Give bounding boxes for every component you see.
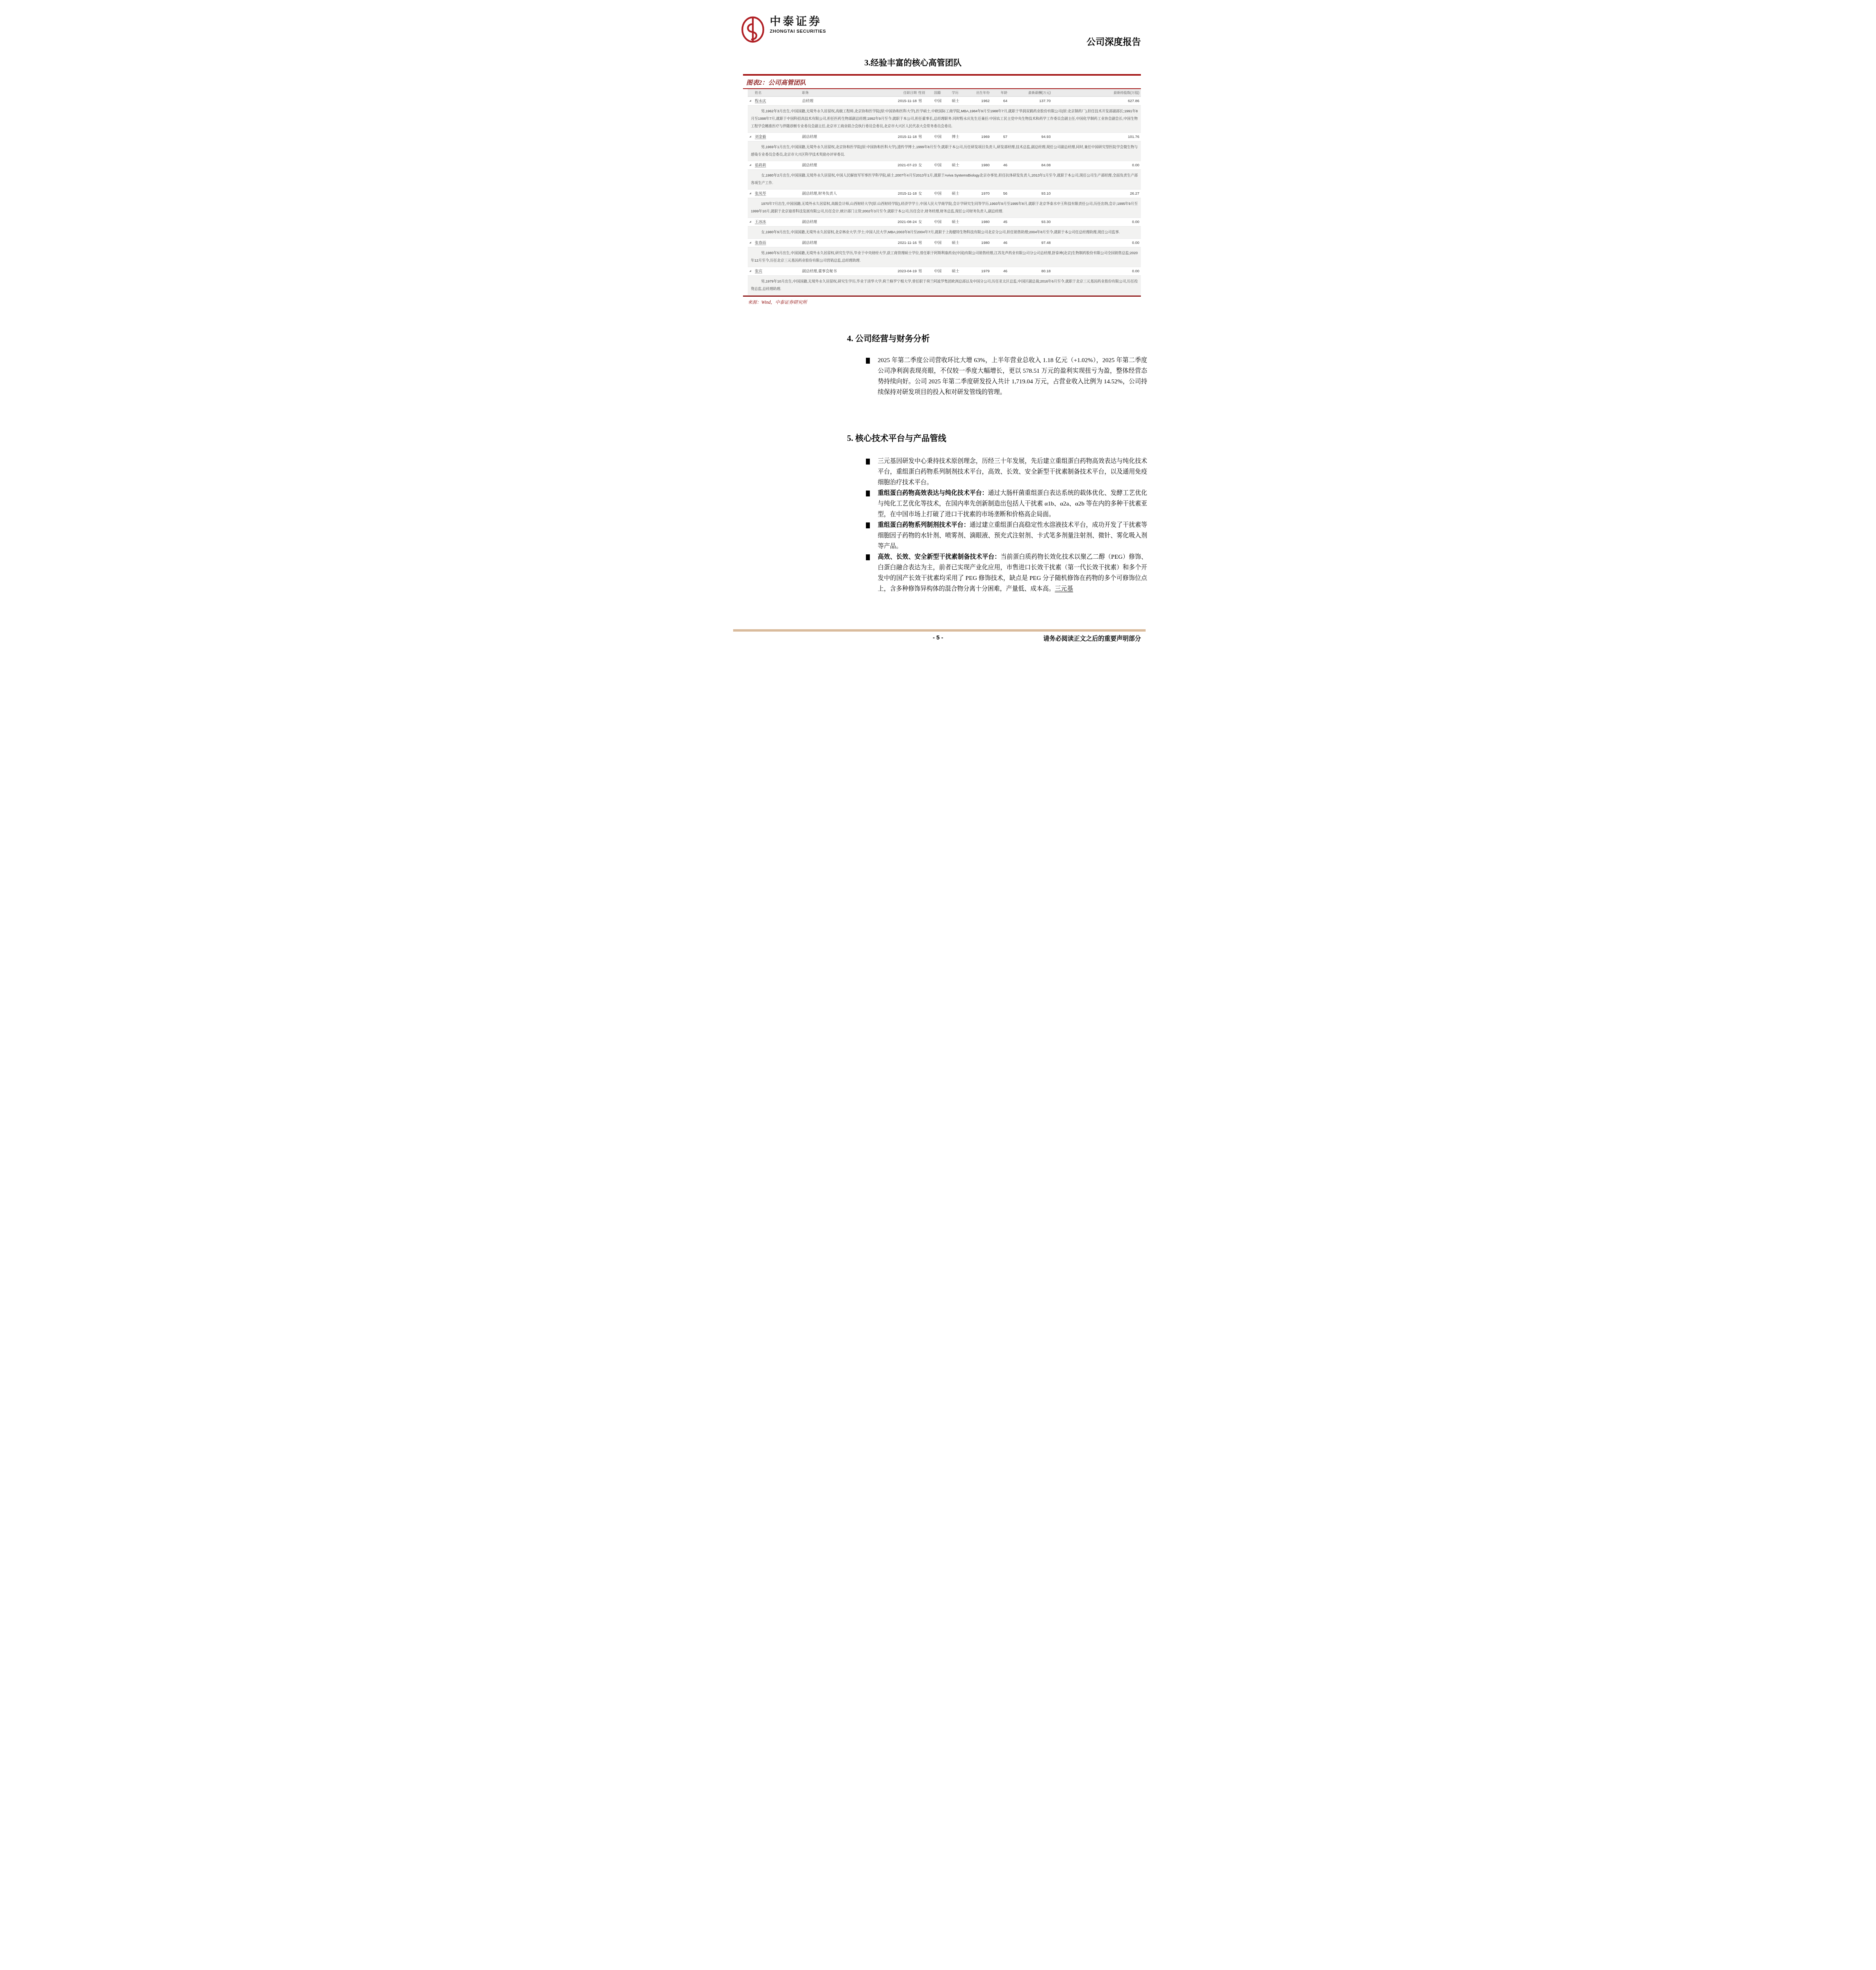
col-degree: 学历: [952, 89, 970, 96]
exec-bio: 男,1979年10月出生,中国国籍,无境外永久居留权,研究生学历,毕业于清华大学…: [748, 275, 1141, 295]
figure-title: 图表2：公司高管团队: [746, 78, 1141, 87]
exec-shares: 0.00: [1052, 161, 1141, 169]
bullet-item: 高效、长效、安全新型干扰素制备技术平台：当前蛋白质药物长效化技术以聚乙二醇（PE…: [865, 552, 1147, 594]
bullet-text: 三元基因研发中心秉持技术原创理念，历经三十年发展，先后建立重组蛋白药物高效表达与…: [878, 458, 1147, 486]
exec-nationality: 中国: [934, 133, 952, 141]
figure-bottom-rule: [743, 295, 1141, 297]
col-nationality: 国籍: [934, 89, 952, 96]
bullet-lead: 高效、长效、安全新型干扰素制备技术平台：: [878, 554, 1001, 560]
exec-age: 56: [991, 190, 1009, 198]
exec-nationality: 中国: [934, 218, 952, 226]
exec-age: 45: [991, 218, 1009, 226]
section3-heading: 3.经验丰富的核心高管团队: [864, 56, 962, 68]
expand-triangle-icon: ◢: [748, 267, 755, 275]
brand-header: 中泰证券 ZHONGTAI SECURITIES: [741, 16, 826, 45]
exec-gender: 男: [918, 133, 934, 141]
exec-nationality: 中国: [934, 161, 952, 169]
col-birth-year: 出生年份: [970, 89, 991, 96]
exec-title: 副总经理: [802, 239, 883, 247]
square-bullet-icon: [866, 522, 870, 528]
bullet-item: 重组蛋白药物系列制剂技术平台：通过建立重组蛋白高稳定性水溶液技术平台，成功开发了…: [865, 520, 1147, 552]
exec-date: 2015-11-18: [883, 133, 918, 141]
exec-title: 副总经理: [802, 133, 883, 141]
exec-birth-year: 1970: [970, 190, 991, 198]
exec-birth-year: 1980: [970, 218, 991, 226]
bullet-text: 2025 年第二季度公司营收环比大增 63%，上半年营业总收入 1.18 亿元（…: [878, 357, 1147, 396]
exec-gender: 女: [918, 218, 934, 226]
bullet-lead: 重组蛋白药物高效表达与纯化技术平台：: [878, 490, 988, 496]
exec-age: 57: [991, 133, 1009, 141]
bullet-item: 三元基因研发中心秉持技术原创理念，历经三十年发展，先后建立重组蛋白药物高效表达与…: [865, 456, 1147, 488]
exec-degree: 硕士: [952, 161, 970, 169]
exec-age: 46: [991, 239, 1009, 247]
exec-salary: 93.10: [1009, 190, 1052, 198]
exec-salary: 80.18: [1009, 267, 1052, 275]
exec-date: 2021-11-16: [883, 239, 918, 247]
expand-triangle-icon: ◢: [748, 161, 755, 169]
square-bullet-icon: [866, 459, 870, 465]
expand-triangle-icon: ◢: [748, 190, 755, 198]
footer-disclaimer: 请务必阅读正文之后的重要声明部分: [1043, 634, 1141, 643]
exec-age: 46: [991, 161, 1009, 169]
report-type-label: 公司深度报告: [1087, 35, 1141, 48]
table-row: ◢ 王冰冰 副总经理 2021-08-24 女 中国 硕士 1980 45 93…: [748, 217, 1141, 226]
exec-date: 2021-07-23: [883, 161, 918, 169]
exec-title: 副总经理,财务负责人: [802, 190, 883, 198]
expand-triangle-icon: ◢: [748, 239, 755, 247]
expand-triangle-icon: ◢: [748, 97, 755, 105]
bullet-underlined-tail: 三元基: [1055, 585, 1074, 592]
expand-triangle-icon: ◢: [748, 133, 755, 141]
exec-degree: 硕士: [952, 218, 970, 226]
col-gender: 性别: [918, 89, 934, 96]
exec-birth-year: 1980: [970, 239, 991, 247]
exec-degree: 硕士: [952, 239, 970, 247]
bullet-item: 重组蛋白药物高效表达与纯化技术平台：通过大肠杆菌重组蛋白表达系统的载体优化、发酵…: [865, 488, 1147, 520]
exec-name: 张春雨: [755, 239, 802, 247]
exec-nationality: 中国: [934, 239, 952, 247]
expand-triangle-icon: ◢: [748, 218, 755, 226]
exec-bio: 男,1962年3月出生,中国国籍,无境外永久居留权,高级工程师,北京协和医学院(…: [748, 105, 1141, 132]
col-shares: 最新持股数(万股): [1052, 89, 1141, 96]
exec-degree: 博士: [952, 133, 970, 141]
figure-source: 来源：Wind，中泰证券研究所: [748, 299, 1141, 305]
brand-text: 中泰证券 ZHONGTAI SECURITIES: [770, 16, 826, 34]
exec-shares: 0.00: [1052, 267, 1141, 275]
exec-date: 2015-11-18: [883, 97, 918, 105]
exec-bio: 男,1969年1月出生,中国国籍,无境外永久居留权,北京协和医学院(原:中国协和…: [748, 141, 1141, 161]
exec-salary: 93.30: [1009, 218, 1052, 226]
col-title: 职务: [802, 89, 883, 96]
exec-name: 张凤琴: [755, 190, 802, 198]
exec-bio: 男,1980年5月出生,中国国籍,无境外永久居留权,研究生学历,毕业于中央财经大…: [748, 247, 1141, 267]
table-row: ◢ 程永庆 总经理 2015-11-18 男 中国 硕士 1962 64 137…: [748, 97, 1141, 105]
exec-birth-year: 1962: [970, 97, 991, 105]
exec-shares: 627.86: [1052, 97, 1141, 105]
exec-birth-year: 1979: [970, 267, 991, 275]
bullet-lead: 重组蛋白药物系列制剂技术平台：: [878, 522, 970, 528]
exec-bio: 1970年7月出生,中国国籍,无境外永久居留权,高级会计师,山西财经大学(原:山…: [748, 198, 1141, 217]
section5-heading: 5. 核心技术平台与产品管线: [847, 432, 946, 444]
exec-name: 王冰冰: [755, 218, 802, 226]
table-row: ◢ 张宾 副总经理,董事会秘书 2023-04-19 男 中国 硕士 1979 …: [748, 267, 1141, 275]
section5-bullets: 三元基因研发中心秉持技术原创理念，历经三十年发展，先后建立重组蛋白药物高效表达与…: [865, 456, 1147, 594]
figure-top-rule: [743, 74, 1141, 76]
square-bullet-icon: [866, 554, 870, 560]
exec-shares: 0.00: [1052, 218, 1141, 226]
col-name: 姓名: [755, 89, 802, 96]
exec-title: 总经理: [802, 97, 883, 105]
report-page: 中泰证券 ZHONGTAI SECURITIES 公司深度报告 3.经验丰富的核…: [704, 0, 1172, 663]
exec-bio: 女,1980年2月出生,中国国籍,无境外永久居留权,中国人民解放军军事医学科学院…: [748, 169, 1141, 189]
bullet-item: 2025 年第二季度公司营收环比大增 63%，上半年营业总收入 1.18 亿元（…: [865, 355, 1147, 398]
exec-bio: 女,1980年9月出生,中国国籍,无境外永久居留权,北京林业大学,学士,中国人民…: [748, 226, 1141, 238]
brand-name-cn: 中泰证券: [770, 16, 826, 28]
exec-salary: 97.48: [1009, 239, 1052, 247]
exec-nationality: 中国: [934, 97, 952, 105]
figure-2-block: 图表2：公司高管团队 姓名 职务 任职日期 性别 国籍 学历 出生年份 年龄 最…: [743, 74, 1141, 305]
exec-shares: 26.27: [1052, 190, 1141, 198]
executive-table: 姓名 职务 任职日期 性别 国籍 学历 出生年份 年龄 最新薪酬(万元) 最新持…: [748, 89, 1141, 295]
brand-name-en: ZHONGTAI SECURITIES: [770, 29, 826, 34]
section4-heading: 4. 公司经营与财务分析: [847, 332, 930, 344]
table-row: ◢ 刘金毅 副总经理 2015-11-18 男 中国 博士 1969 57 94…: [748, 132, 1141, 141]
exec-nationality: 中国: [934, 190, 952, 198]
exec-salary: 84.08: [1009, 161, 1052, 169]
exec-date: 2021-08-24: [883, 218, 918, 226]
exec-name: 茹莉莉: [755, 161, 802, 169]
exec-shares: 101.76: [1052, 133, 1141, 141]
exec-salary: 137.70: [1009, 97, 1052, 105]
square-bullet-icon: [866, 491, 870, 496]
col-age: 年龄: [991, 89, 1009, 96]
square-bullet-icon: [866, 358, 870, 364]
col-salary: 最新薪酬(万元): [1009, 89, 1052, 96]
footer-divider-bar: [733, 629, 1146, 632]
exec-gender: 男: [918, 97, 934, 105]
exec-degree: 硕士: [952, 97, 970, 105]
exec-gender: 女: [918, 190, 934, 198]
table-row: ◢ 茹莉莉 副总经理 2021-07-23 女 中国 硕士 1980 46 84…: [748, 161, 1141, 169]
exec-nationality: 中国: [934, 267, 952, 275]
zhongtai-logo-icon: [741, 16, 765, 45]
exec-shares: 0.00: [1052, 239, 1141, 247]
section4-bullets: 2025 年第二季度公司营收环比大增 63%，上半年营业总收入 1.18 亿元（…: [865, 355, 1147, 398]
exec-name: 程永庆: [755, 97, 802, 105]
exec-title: 副总经理: [802, 218, 883, 226]
exec-salary: 94.93: [1009, 133, 1052, 141]
exec-degree: 硕士: [952, 190, 970, 198]
col-date: 任职日期: [883, 89, 918, 96]
exec-degree: 硕士: [952, 267, 970, 275]
exec-title: 副总经理: [802, 161, 883, 169]
exec-name: 刘金毅: [755, 133, 802, 141]
exec-gender: 男: [918, 239, 934, 247]
exec-birth-year: 1969: [970, 133, 991, 141]
table-header-row: 姓名 职务 任职日期 性别 国籍 学历 出生年份 年龄 最新薪酬(万元) 最新持…: [748, 89, 1141, 97]
table-row: ◢ 张凤琴 副总经理,财务负责人 2015-11-18 女 中国 硕士 1970…: [748, 189, 1141, 198]
exec-title: 副总经理,董事会秘书: [802, 267, 883, 275]
exec-name: 张宾: [755, 267, 802, 275]
exec-birth-year: 1980: [970, 161, 991, 169]
exec-gender: 男: [918, 267, 934, 275]
exec-date: 2023-04-19: [883, 267, 918, 275]
exec-date: 2015-11-18: [883, 190, 918, 198]
exec-age: 46: [991, 267, 1009, 275]
exec-age: 64: [991, 97, 1009, 105]
table-row: ◢ 张春雨 副总经理 2021-11-16 男 中国 硕士 1980 46 97…: [748, 238, 1141, 247]
exec-gender: 女: [918, 161, 934, 169]
